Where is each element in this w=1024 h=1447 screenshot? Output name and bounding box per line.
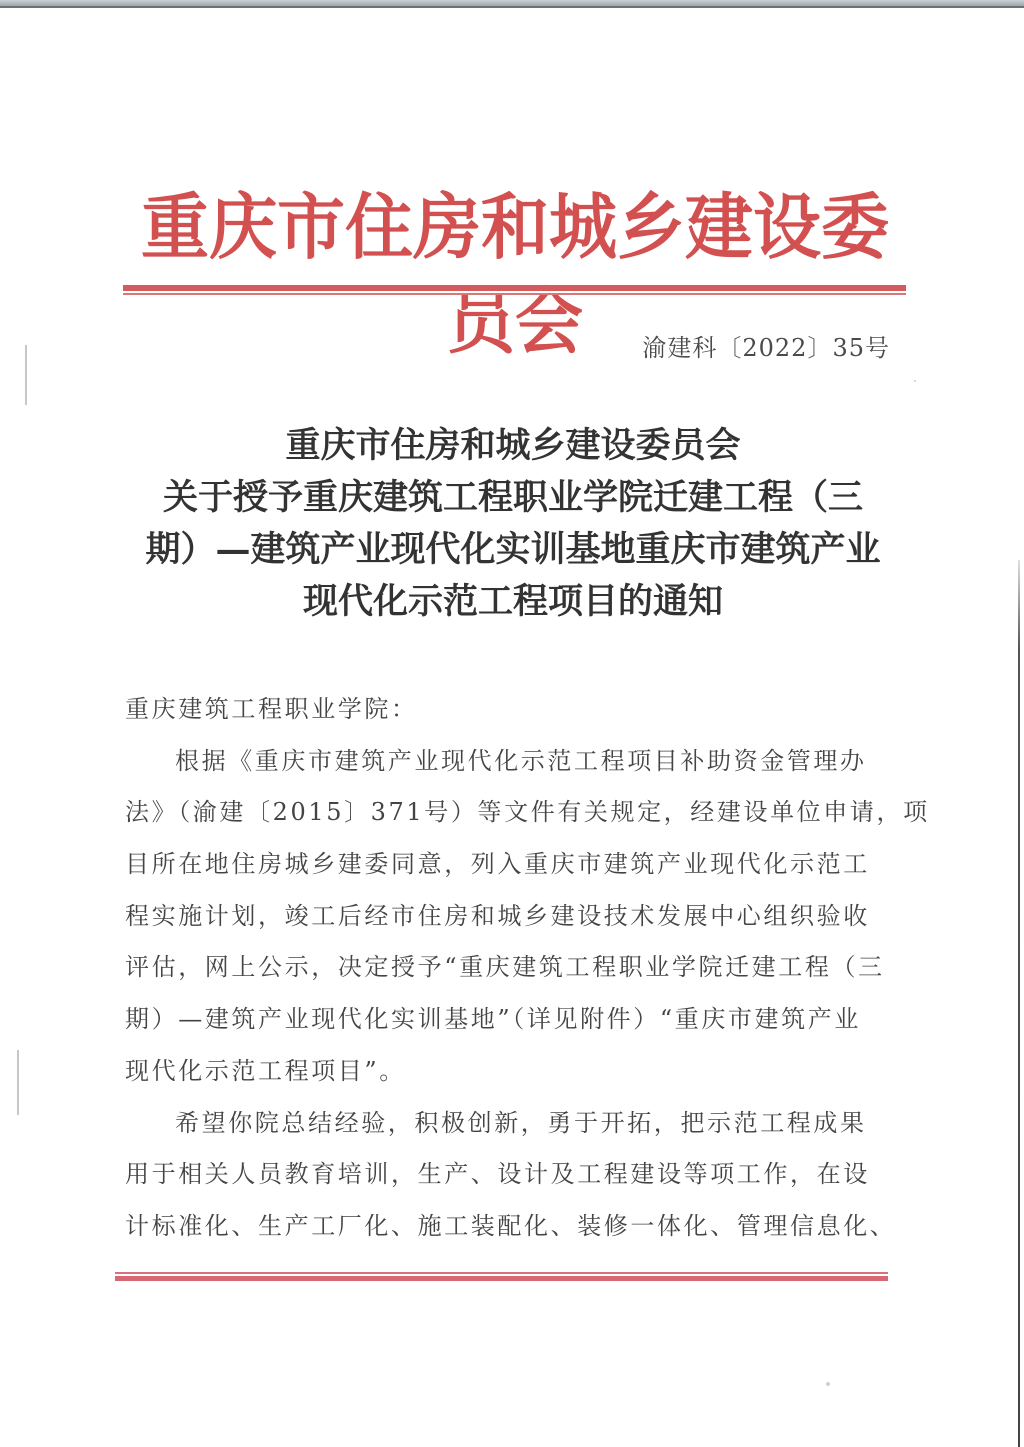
body-line: 目所在地住房城乡建委同意，列入重庆市建筑产业现代化示范工 [125,839,890,891]
scan-right-edge [1018,560,1020,1447]
body-line: 评估，网上公示，决定授予“重庆建筑工程职业学院迁建工程（三 [125,942,890,994]
document-title: 重庆市住房和城乡建设委员会 关于授予重庆建筑工程职业学院迁建工程（三 期）—建筑… [118,420,908,628]
scan-edge-mark [17,1050,19,1115]
footer-red-rule [115,1272,888,1281]
body-line: 用于相关人员教育培训，生产、设计及工程建设等项工作，在设 [125,1149,890,1201]
scan-top-shadow [0,6,1024,8]
body-line: 希望你院总结经验，积极创新，勇于开拓，把示范工程成果 [125,1098,890,1150]
body-line: 程实施计划，竣工后经市住房和城乡建设技术发展中心组织验收 [125,891,890,943]
scan-speck [914,380,916,382]
rule-thin-line [123,293,906,295]
salutation: 重庆建筑工程职业学院： [125,684,890,736]
body-line: 现代化示范工程项目”。 [125,1046,890,1098]
scan-speck [826,1382,830,1386]
document-number: 渝建科〔2022〕35号 [642,328,890,363]
masthead-red-rule [123,285,906,295]
scan-edge-mark [25,345,27,405]
title-line: 期）—建筑产业现代化实训基地重庆市建筑产业 [118,524,908,576]
rule-thick-line [115,1276,888,1281]
body-line: 期）—建筑产业现代化实训基地”（详见附件）“重庆市建筑产业 [125,994,890,1046]
body-line: 法》（渝建〔2015〕371号）等文件有关规定，经建设单位申请，项 [125,787,890,839]
document-body: 重庆建筑工程职业学院： 根据《重庆市建筑产业现代化示范工程项目补助资金管理办 法… [125,684,890,1253]
body-line: 根据《重庆市建筑产业现代化示范工程项目补助资金管理办 [125,736,890,788]
title-line: 关于授予重庆建筑工程职业学院迁建工程（三 [118,472,908,524]
title-line: 重庆市住房和城乡建设委员会 [118,420,908,472]
title-line: 现代化示范工程项目的通知 [118,576,908,628]
body-line: 计标准化、生产工厂化、施工装配化、装修一体化、管理信息化、 [125,1201,890,1253]
